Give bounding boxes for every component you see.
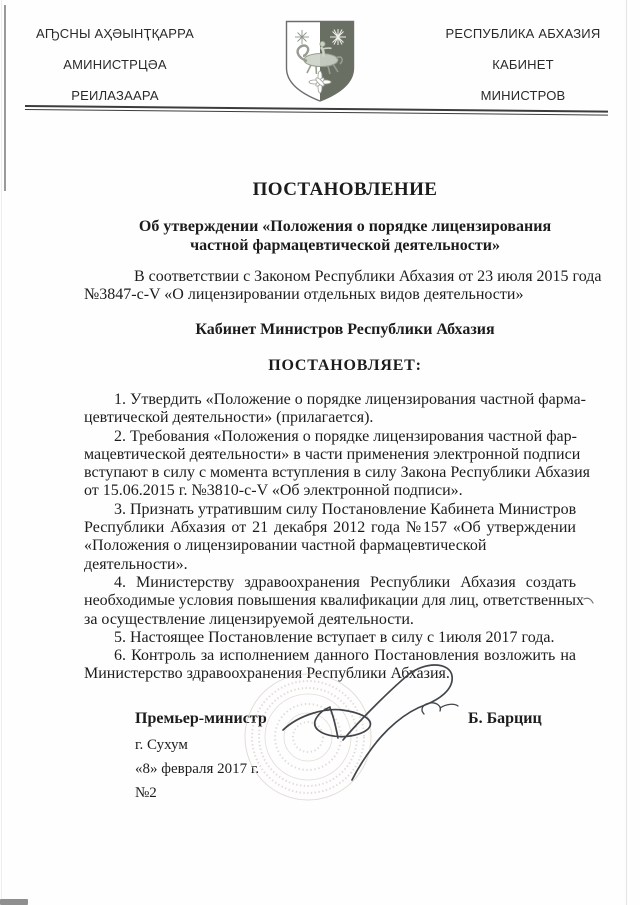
body-line: Республики Абхазия от 21 декабря 2012 го… [84,519,576,537]
decree-document-page: АҦСНЫ АҲӘЫНҬҚАРРА АМИНИСТРЦӘА РЕИЛАЗААРА… [0,0,640,905]
subject-line: частной фармацевтической деятельности» [110,236,580,255]
body-line: 5. Настоящее Постановление вступает в си… [84,629,576,647]
abkhazia-coat-of-arms-icon [285,20,355,103]
body-line: 2. Требования «Положения о порядке лицен… [84,428,576,446]
letterhead-line: РЕСПУБЛИКА АБХАЗИЯ [433,18,613,49]
decree-body: 1. Утвердить «Положение о порядке лиценз… [84,391,576,684]
preamble-line: №3847-с-V «О лицензировании отдельных ви… [84,286,576,304]
body-line: 3. Признать утратившим силу Постановлени… [84,501,576,519]
official-stamp-icon [245,674,371,800]
scan-edge-right [626,0,627,905]
body-line: необходимые условия повышения квалификац… [84,592,576,610]
decree-number: №2 [135,785,157,802]
decree-title: ПОСТАНОВЛЕНИЕ [110,179,580,201]
body-line: за осуществление лицензируемой деятельно… [84,611,576,629]
body-line: вступают в силу с момента вступления в с… [84,464,576,482]
body-line: от 15.06.2015 г. №3810-с-V «Об электронн… [84,482,576,500]
pen-tick-mark [578,594,602,614]
issuer-name: Кабинет Министров Республики Абхазия [110,321,580,339]
body-paragraph: 3. Признать утратившим силу Постановлени… [84,501,576,574]
letterhead-line: МИНИСТРОВ [433,80,613,111]
body-line: мацевтической деятельности» в части прим… [84,446,576,464]
letterhead-line: АҦСНЫ АҲӘЫНҬҚАРРА [35,18,195,49]
decree-subject: Об утверждении «Положения о порядке лице… [110,217,580,255]
scan-edge-left-dark [4,5,6,191]
scan-edge-left [1,0,2,905]
resolves-heading: ПОСТАНОВЛЯЕТ: [110,357,580,375]
body-paragraph: 4. Министерству здравоохранения Республи… [84,574,576,629]
signature-place: г. Сухум [135,737,188,754]
preamble: В соответствии с Законом Республики Абха… [84,268,576,305]
preamble-line: В соответствии с Законом Республики Абха… [84,268,576,286]
letterhead-line: АМИНИСТРЦӘА [35,49,195,80]
letterhead-line: КАБИНЕТ [433,49,613,80]
scan-corner-artifact [0,899,28,905]
signature-scribble [283,665,458,780]
letterhead-right-russian: РЕСПУБЛИКА АБХАЗИЯ КАБИНЕТ МИНИСТРОВ [433,18,613,111]
letterhead-left-abkhaz: АҦСНЫ АҲӘЫНҬҚАРРА АМИНИСТРЦӘА РЕИЛАЗААРА [35,18,195,111]
body-line: «Положения о лицензировании частной фарм… [84,537,576,574]
body-paragraph: 5. Настоящее Постановление вступает в си… [84,629,576,647]
subject-line: Об утверждении «Положения о порядке лице… [110,217,580,236]
stamp-and-signature [230,648,480,818]
body-paragraph: 1. Утвердить «Положение о порядке лиценз… [84,391,576,428]
body-line: 4. Министерству здравоохранения Республи… [84,574,576,592]
body-paragraph: 2. Требования «Положения о порядке лицен… [84,428,576,501]
body-line: 1. Утвердить «Положение о порядке лиценз… [84,391,576,409]
body-line: цевтической деятельности» (прилагается). [84,409,576,427]
